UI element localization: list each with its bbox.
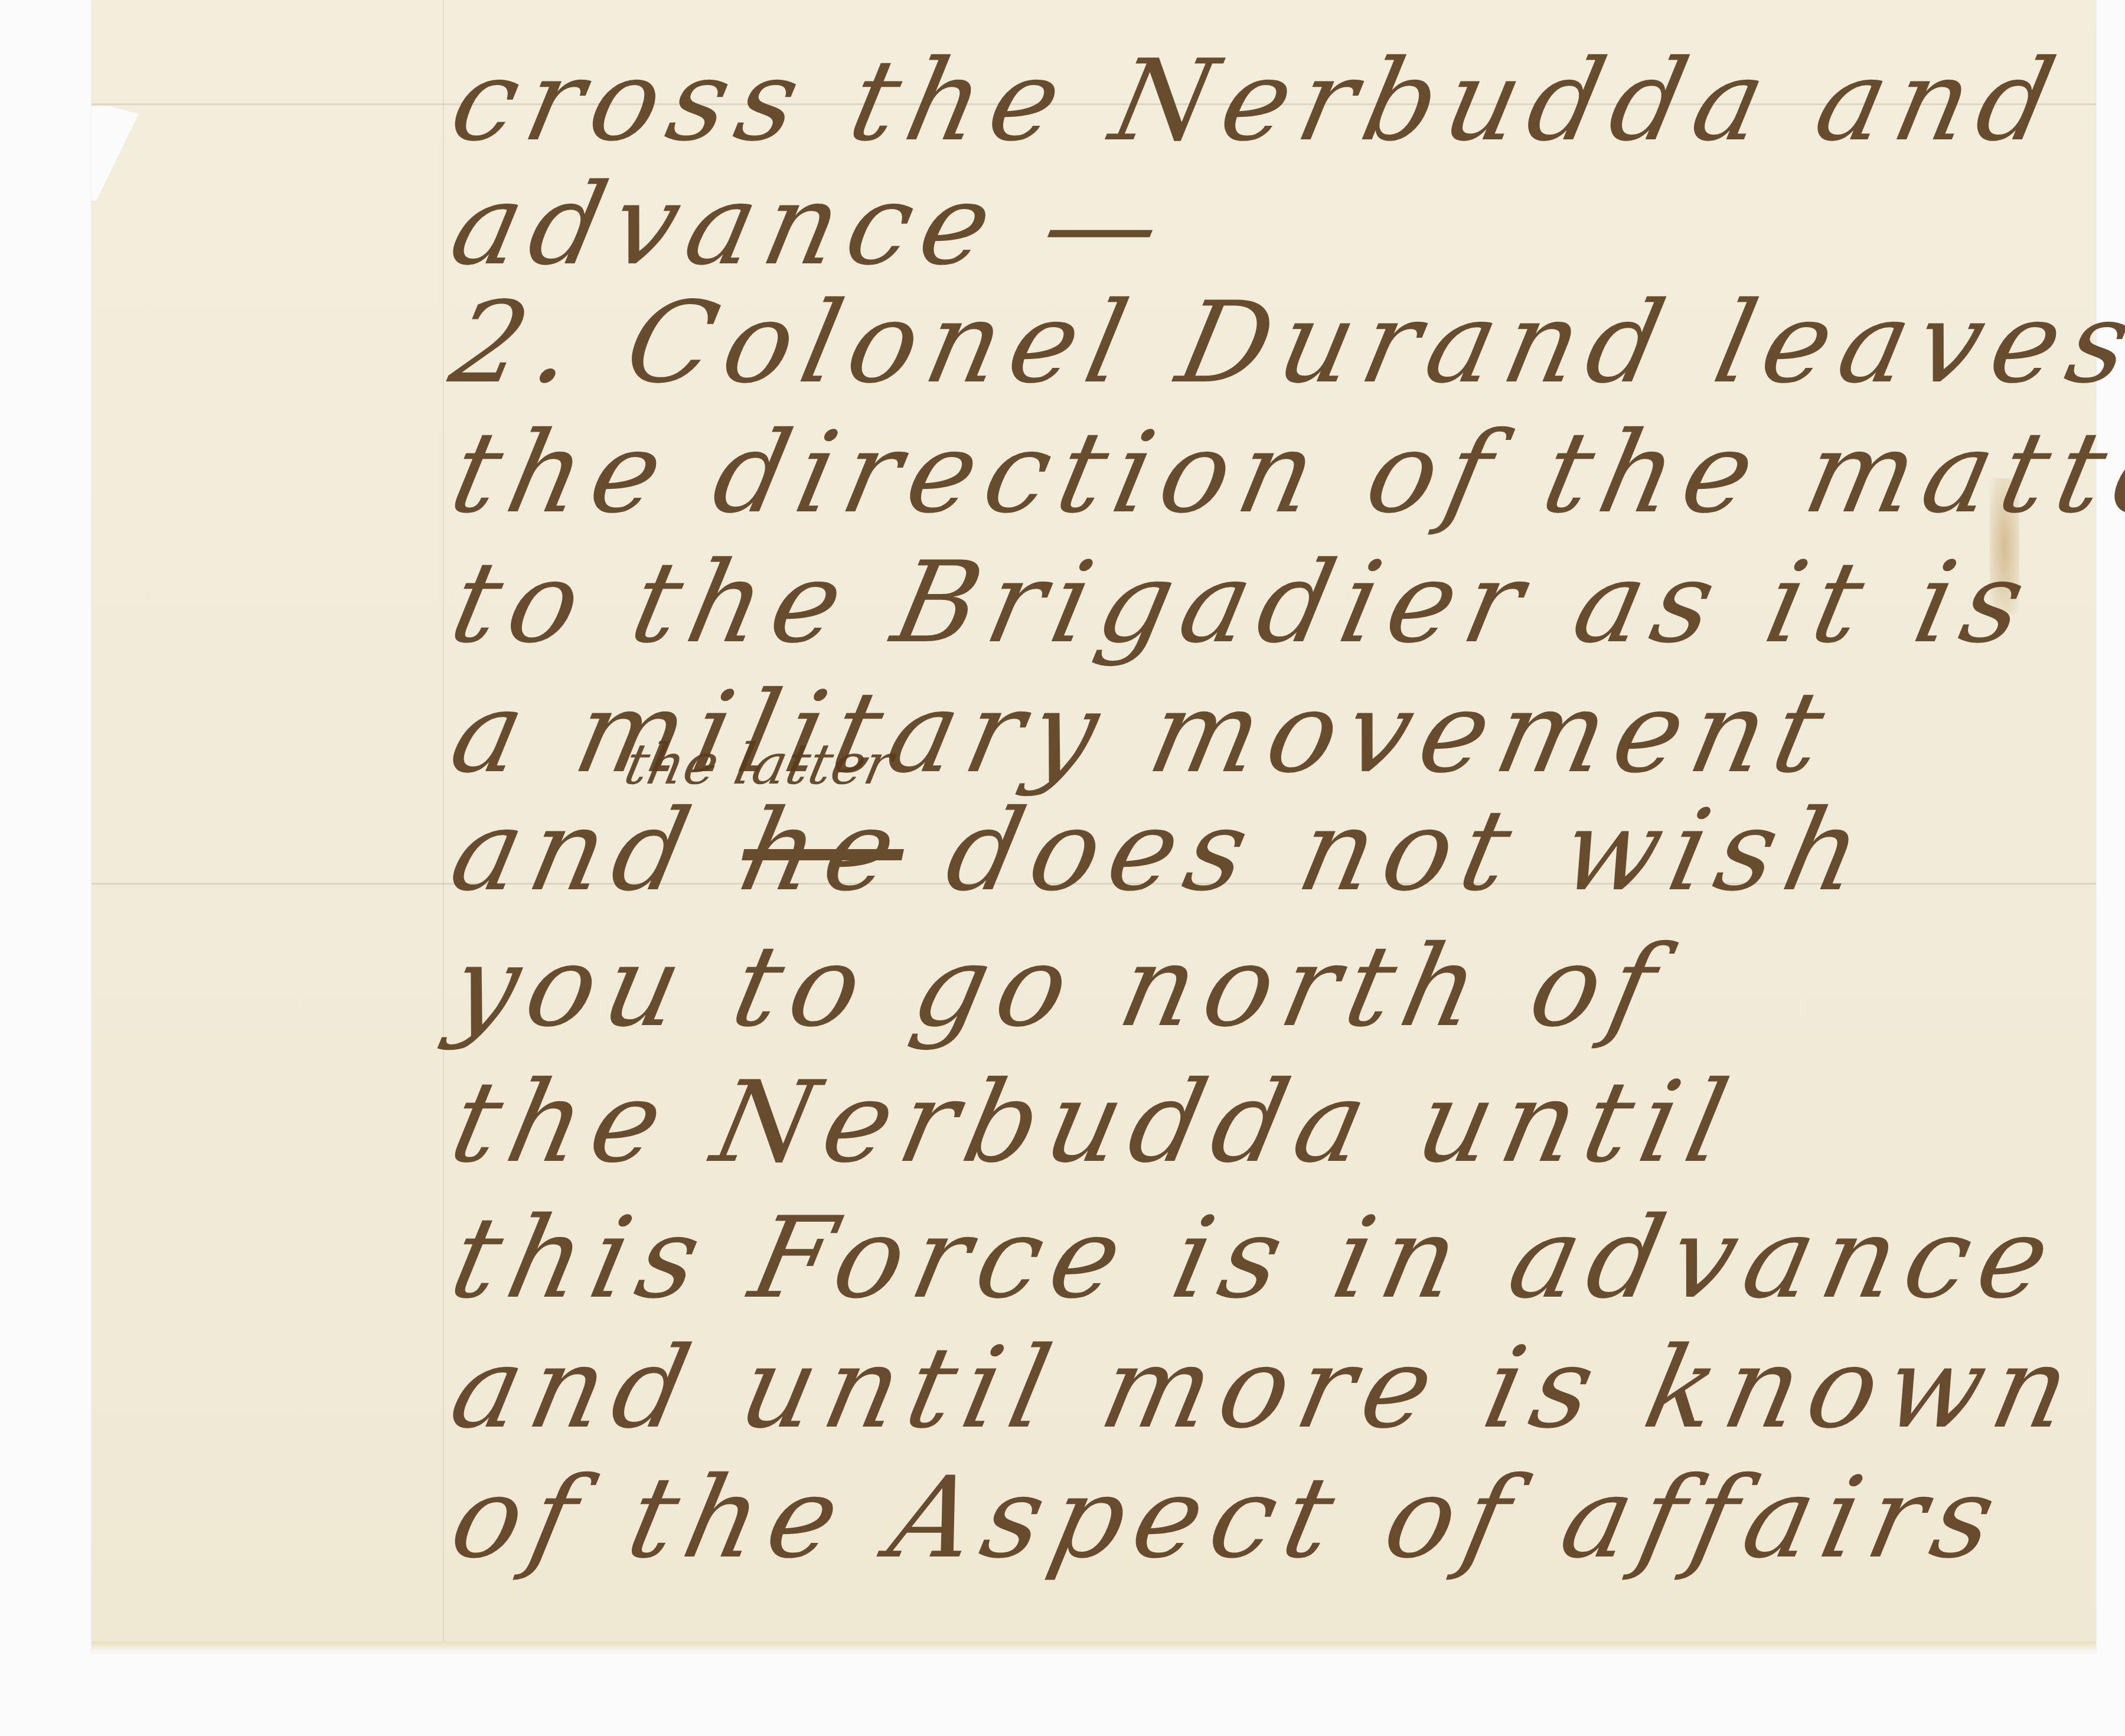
text-line: you to go north of	[441, 921, 1677, 1052]
text-line: 2. Colonel Durand leaves	[441, 278, 2125, 408]
text-line: and until more is known	[441, 1323, 2091, 1453]
text-line: to the Brigadier as it is	[441, 537, 2046, 668]
text-and: and	[441, 785, 758, 916]
fold-crease-vertical	[443, 0, 444, 1653]
text-line: of the Aspect of affairs	[441, 1453, 2017, 1583]
text-line: this Force is in advance	[441, 1193, 2071, 1323]
text-line: and he does not wish	[441, 785, 1884, 916]
paper-bottom-edge	[92, 1642, 2096, 1653]
text-line: the direction of the matter	[441, 407, 2125, 538]
text-rest: does not wish	[890, 785, 1884, 916]
struck-word: he	[730, 785, 918, 916]
text-line: the Nerbudda until	[441, 1057, 1749, 1187]
text-line: cross the Nerbudda and	[441, 35, 2076, 166]
text-line: advance —	[441, 159, 1183, 290]
